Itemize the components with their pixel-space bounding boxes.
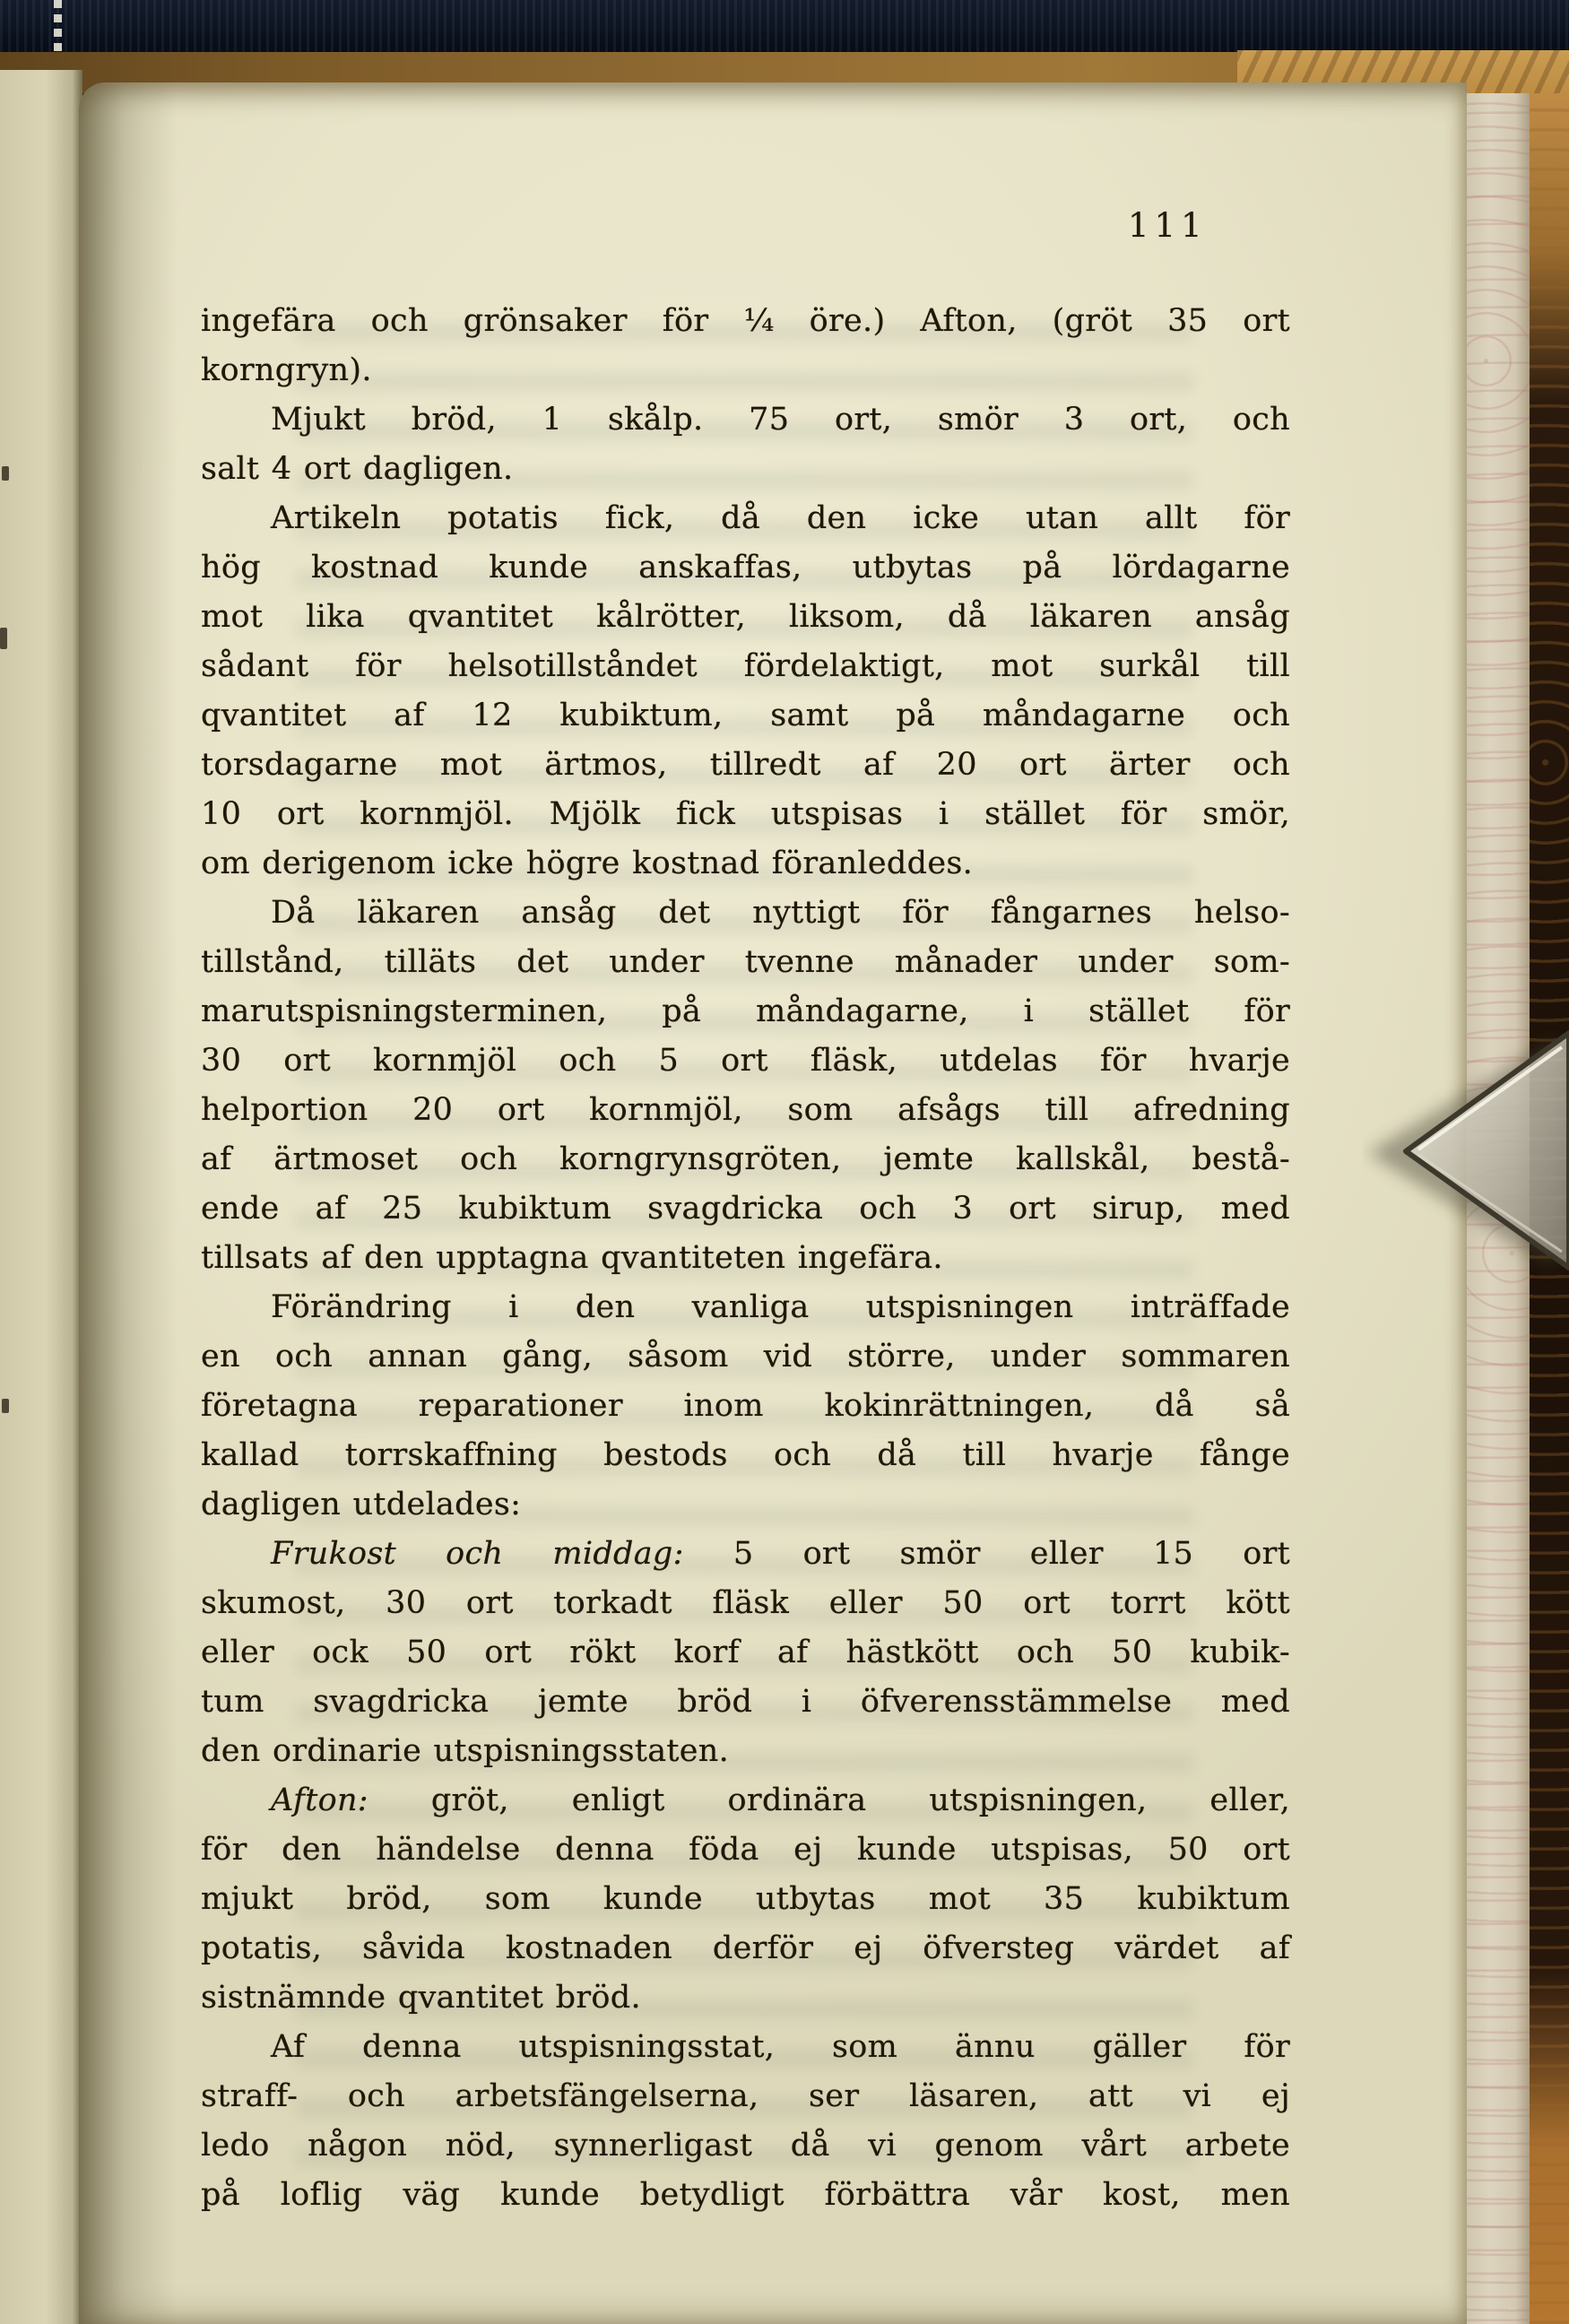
text-line: marutspisningsterminen, på måndagarne, i… <box>201 987 1290 1036</box>
text-line: mjukt bröd, som kunde utbytas mot 35 kub… <box>201 1875 1290 1924</box>
text-line: tillstånd, tilläts det under tvenne måna… <box>201 938 1290 987</box>
text-line: en och annan gång, såsom vid större, und… <box>201 1332 1290 1382</box>
text-line: 30 ort kornmjöl och 5 ort fläsk, utdelas… <box>201 1036 1290 1086</box>
page-number: 111 <box>1128 206 1208 245</box>
line-text: 5 ort smör eller 15 ort <box>684 1536 1290 1572</box>
text-line: Då läkaren ansåg det nyttigt för fångarn… <box>201 889 1290 938</box>
text-line: straff- och arbetsfängelserna, ser läsar… <box>201 2072 1290 2121</box>
text-line: ledo någon nöd, synnerligast då vi genom… <box>201 2121 1290 2171</box>
italic-lead: Frukost och middag: <box>271 1536 684 1572</box>
text-line: Mjukt bröd, 1 skålp. 75 ort, smör 3 ort,… <box>201 395 1290 445</box>
text-line: företagna reparationer inom kokinrättnin… <box>201 1382 1290 1431</box>
facing-page-edge <box>0 70 82 2324</box>
text-line: hög kostnad kunde anskaffas, utbytas på … <box>201 543 1290 593</box>
text-line: ende af 25 kubiktum svagdricka och 3 ort… <box>201 1184 1290 1234</box>
text-line: salt 4 ort dagligen. <box>201 445 1290 494</box>
text-line: Af denna utspisningsstat, som ännu gälle… <box>201 2023 1290 2072</box>
edge-ink-mark <box>0 628 7 649</box>
text-line: qvantitet af 12 kubiktum, samt på måndag… <box>201 691 1290 741</box>
page-clip <box>1363 983 1569 1323</box>
text-line: eller ock 50 ort rökt korf af hästkött o… <box>201 1628 1290 1678</box>
line-text: gröt, enligt ordinära utspisningen, elle… <box>368 1782 1290 1818</box>
text-line: Afton: gröt, enligt ordinära utspisninge… <box>201 1776 1290 1825</box>
text-line: 10 ort kornmjöl. Mjölk fick utspisas i s… <box>201 790 1290 839</box>
text-line: Förändring i den vanliga utspisningen in… <box>201 1283 1290 1332</box>
clip-body <box>1406 1033 1569 1268</box>
edge-ink-mark <box>2 1399 9 1413</box>
text-line: skumost, 30 ort torkadt fläsk eller 50 o… <box>201 1579 1290 1628</box>
page-text: ingefära och grönsaker för ¼ öre.) Afton… <box>201 297 1290 2220</box>
text-line: på loflig väg kunde betydligt förbättra … <box>201 2171 1290 2220</box>
text-line: mot lika qvantitet kålrötter, liksom, då… <box>201 593 1290 642</box>
text-line: för den händelse denna föda ej kunde uts… <box>201 1825 1290 1875</box>
text-line: torsdagarne mot ärtmos, tillredt af 20 o… <box>201 741 1290 790</box>
text-line: den ordinarie utspisningsstaten. <box>201 1727 1290 1776</box>
text-line: Frukost och middag: 5 ort smör eller 15 … <box>201 1530 1290 1579</box>
text-line: helportion 20 ort kornmjöl, som afsågs t… <box>201 1086 1290 1135</box>
text-line: ingefära och grönsaker för ¼ öre.) Afton… <box>201 297 1290 346</box>
italic-lead: Afton: <box>271 1782 368 1818</box>
text-line: af ärtmoset och korngrynsgröten, jemte k… <box>201 1135 1290 1184</box>
text-line: sistnämnde qvantitet bröd. <box>201 1973 1290 2023</box>
text-line: potatis, såvida kostnaden derför ej öfve… <box>201 1924 1290 1973</box>
text-line: dagligen utdelades: <box>201 1480 1290 1530</box>
book-cover-top <box>0 0 1569 57</box>
text-line: tillsats af den upptagna qvantiteten ing… <box>201 1234 1290 1283</box>
text-line: korngryn). <box>201 346 1290 395</box>
text-line: tum svagdricka jemte bröd i öfverensstäm… <box>201 1678 1290 1727</box>
edge-ink-mark <box>2 466 9 481</box>
text-line: kallad torrskaffning bestods och då till… <box>201 1431 1290 1480</box>
text-line: sådant för helsotillståndet fördelaktigt… <box>201 642 1290 691</box>
text-line: Artikeln potatis fick, då den icke utan … <box>201 494 1290 543</box>
text-line: om derigenom icke högre kostnad föranled… <box>201 839 1290 889</box>
